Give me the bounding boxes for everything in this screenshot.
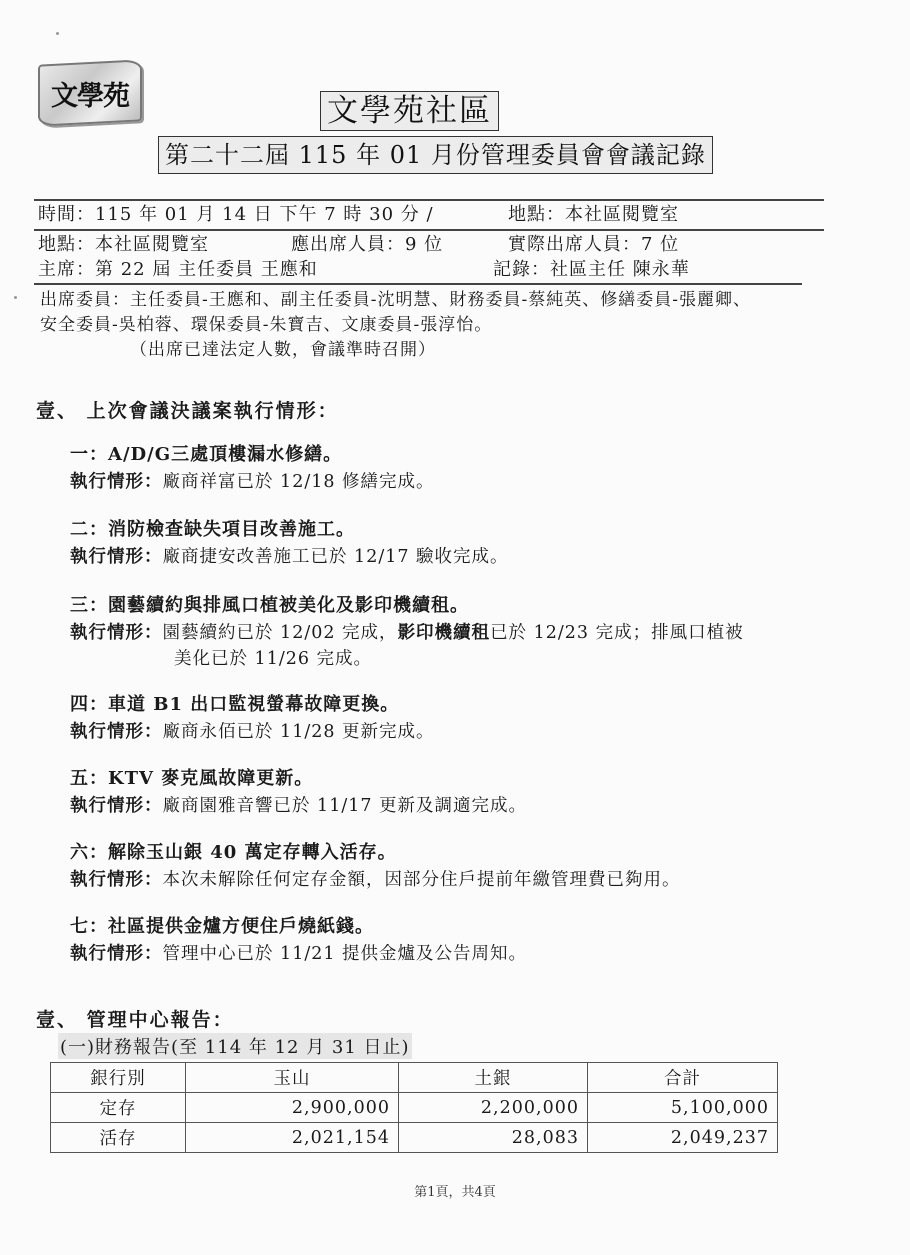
logo-text: 文學苑 xyxy=(51,74,129,113)
scan-speck xyxy=(14,296,17,299)
actual-attendance: 實際出席人員：7 位 xyxy=(508,232,679,258)
recorder: 記錄：社區主任 陳永華 xyxy=(493,257,690,283)
attendees-line-2: 安全委員-吳柏蓉、環保委員-朱寶吉、文康委員-張淳怡。 xyxy=(40,313,492,337)
table-header-row: 銀行別 玉山 土銀 合計 xyxy=(51,1063,778,1093)
table-cell: 2,200,000 xyxy=(399,1093,588,1123)
table-cell: 28,083 xyxy=(399,1123,588,1153)
resolution-item-title: 四：車道 B1 出口監視螢幕故障更換。 xyxy=(70,690,399,716)
table-cell: 2,049,237 xyxy=(588,1123,778,1153)
meeting-location-2: 地點：本社區閱覽室 xyxy=(38,232,209,258)
table-header: 銀行別 xyxy=(51,1063,186,1093)
divider-line xyxy=(34,199,824,201)
resolution-item-status: 執行情形：本次未解除任何定存金額，因部分住戶提前年繳管理費已夠用。 xyxy=(70,866,681,891)
community-logo: 文學苑 xyxy=(38,59,142,126)
table-header: 土銀 xyxy=(399,1063,588,1093)
divider-line xyxy=(34,283,802,285)
table-row: 定存 2,900,000 2,200,000 5,100,000 xyxy=(51,1093,778,1123)
resolution-item-status: 執行情形：廠商永佰已於 11/28 更新完成。 xyxy=(70,718,435,743)
financial-report-subtitle: (一)財務報告(至 114 年 12 月 31 日止) xyxy=(58,1033,412,1059)
resolution-item-status: 執行情形：廠商捷安改善施工已於 12/17 驗收完成。 xyxy=(70,543,509,568)
quorum-note: （出席已達法定人數，會議準時召開） xyxy=(130,338,436,362)
section-title-management-report: 壹、 管理中心報告： xyxy=(36,1005,234,1032)
table-cell: 5,100,000 xyxy=(588,1093,778,1123)
resolution-item-title: 二：消防檢查缺失項目改善施工。 xyxy=(70,515,355,541)
chairperson: 主席：第 22 屆 主任委員 王應和 xyxy=(38,257,318,283)
resolution-item-title: 六：解除玉山銀 40 萬定存轉入活存。 xyxy=(70,838,397,864)
resolution-item-title: 七：社區提供金爐方便住戶燒紙錢。 xyxy=(70,912,374,938)
meeting-title: 第二十二屆 115 年 01 月份管理委員會會議記錄 xyxy=(158,136,713,174)
table-cell: 2,900,000 xyxy=(186,1093,399,1123)
resolution-item-title: 一：A/D/G三處頂樓漏水修繕。 xyxy=(70,440,342,466)
meeting-time: 時間：115 年 01 月 14 日 下午 7 時 30 分 / xyxy=(38,202,434,228)
table-row: 活存 2,021,154 28,083 2,049,237 xyxy=(51,1123,778,1153)
section-title-previous-resolutions: 壹、 上次會議決議案執行情形： xyxy=(36,396,339,423)
table-cell: 定存 xyxy=(51,1093,186,1123)
scan-speck xyxy=(56,32,59,35)
resolution-item-status: 執行情形：廠商園雅音響已於 11/17 更新及調適完成。 xyxy=(70,792,527,817)
meeting-location: 地點：本社區閱覽室 xyxy=(508,202,679,228)
resolution-item-status-cont: 美化已於 11/26 完成。 xyxy=(174,645,372,670)
resolution-item-title: 三：園藝續約與排風口植被美化及影印機續租。 xyxy=(70,591,469,617)
financial-table: 銀行別 玉山 土銀 合計 定存 2,900,000 2,200,000 5,10… xyxy=(50,1062,778,1153)
table-header: 合計 xyxy=(588,1063,778,1093)
expected-attendance: 應出席人員：9 位 xyxy=(291,232,443,258)
divider-line xyxy=(34,229,824,231)
table-cell: 2,021,154 xyxy=(186,1123,399,1153)
table-cell: 活存 xyxy=(51,1123,186,1153)
resolution-item-status: 執行情形：園藝續約已於 12/02 完成，影印機續租已於 12/23 完成；排風… xyxy=(70,619,744,644)
page-number: 第1頁，共4頁 xyxy=(0,1181,910,1200)
table-header: 玉山 xyxy=(186,1063,399,1093)
resolution-item-title: 五：KTV 麥克風故障更新。 xyxy=(70,764,313,790)
attendees-line-1: 出席委員：主任委員-王應和、副主任委員-沈明慧、財務委員-蔡純英、修繕委員-張麗… xyxy=(40,288,751,312)
resolution-item-status: 執行情形：廠商祥富已於 12/18 修繕完成。 xyxy=(70,468,435,493)
org-title: 文學苑社區 xyxy=(320,91,499,131)
resolution-item-status: 執行情形：管理中心已於 11/21 提供金爐及公告周知。 xyxy=(70,940,527,965)
